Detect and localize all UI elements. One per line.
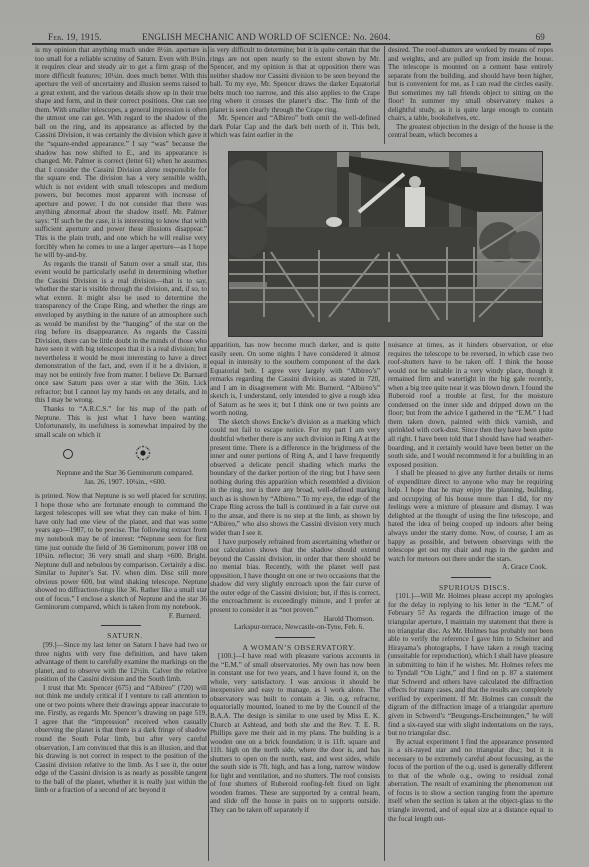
issue-date: Feb. 19, 1915. [48,32,102,42]
signature: F. Burnerd. [35,612,207,621]
column-divider-1 [208,46,209,861]
figure-caption-date: Jan. 26, 1907. 10¼in., ×600. [35,478,207,487]
paragraph: nuisance at times, as it hinders observa… [388,341,553,469]
section-divider [101,625,141,626]
column-2-bottom: apparition, has now become much darker, … [210,341,380,815]
page-number: 69 [536,32,545,42]
neptune-sketch-figure [35,439,207,469]
paragraph: I shall be pleased to give any further d… [388,469,553,563]
signature: Harold Thomson. [210,615,380,624]
paragraph: The sketch shows Encke’s division as a m… [210,418,380,538]
neptune-disc-icon [63,449,73,459]
star-36-geminorum-icon [134,444,152,462]
paragraph: [101.]—Will Mr. Holmes please accept my … [388,592,553,737]
column-3-bottom: nuisance at times, as it hinders observa… [388,341,553,823]
section-title-spurious-discs: SPURIOUS DISCS. [388,584,553,593]
paragraph: [99.]—Since my last letter on Saturn I h… [35,641,207,684]
section-divider [451,577,491,578]
paragraph: is printed. Now that Neptune is so well … [35,492,207,612]
paragraph: I have purposely refrained from ascertai… [210,538,380,615]
observatory-photo-image [229,152,542,336]
section-divider [275,637,315,638]
column-3-top: desired. The roof-shutters are worked by… [388,46,553,140]
section-title-saturn: SATURN. [35,632,207,641]
paragraph: I trust that Mr. Spencer (675) and “Albi… [35,684,207,795]
section-title-womans-observatory: A WOMAN’S OBSERVATORY. [210,644,380,653]
paragraph: is my opinion that anything much under 8… [35,46,207,260]
signature: A. Grace Cook. [388,563,553,572]
observatory-photograph [228,151,543,337]
address-line: Larkspur-terrace, Newcastle-on-Tyne, Feb… [210,623,380,632]
header-rule [32,43,551,45]
column-divider-2-bottom [384,341,385,861]
publication-title: ENGLISH MECHANIC AND WORLD OF SCIENCE: N… [142,32,442,42]
paragraph: The greatest objection in the design of … [388,123,553,140]
page-header: Feb. 19, 1915. ENGLISH MECHANIC AND WORL… [48,32,553,42]
column-divider-2-top [384,46,385,144]
figure-caption: Neptune and the Star 36 Geminorum compar… [35,469,207,478]
paragraph: By actual experiment I find the appearan… [388,738,553,823]
paragraph: Mr. Spencer and “Albireo” both omit the … [210,114,380,140]
newspaper-page: Feb. 19, 1915. ENGLISH MECHANIC AND WORL… [0,0,589,867]
paragraph: desired. The roof-shutters are worked by… [388,46,553,123]
paragraph: Thanks to “A.R.C.S.” for his map of the … [35,405,207,439]
paragraph: is very difficult to determine; but it i… [210,46,380,114]
paragraph: As regards the transit of Saturn over a … [35,260,207,405]
paragraph: apparition, has now become much darker, … [210,341,380,418]
column-1: is my opinion that anything much under 8… [35,46,207,795]
paragraph: [100.]—I have read with pleasure various… [210,652,380,814]
column-2-top: is very difficult to determine; but it i… [210,46,380,140]
